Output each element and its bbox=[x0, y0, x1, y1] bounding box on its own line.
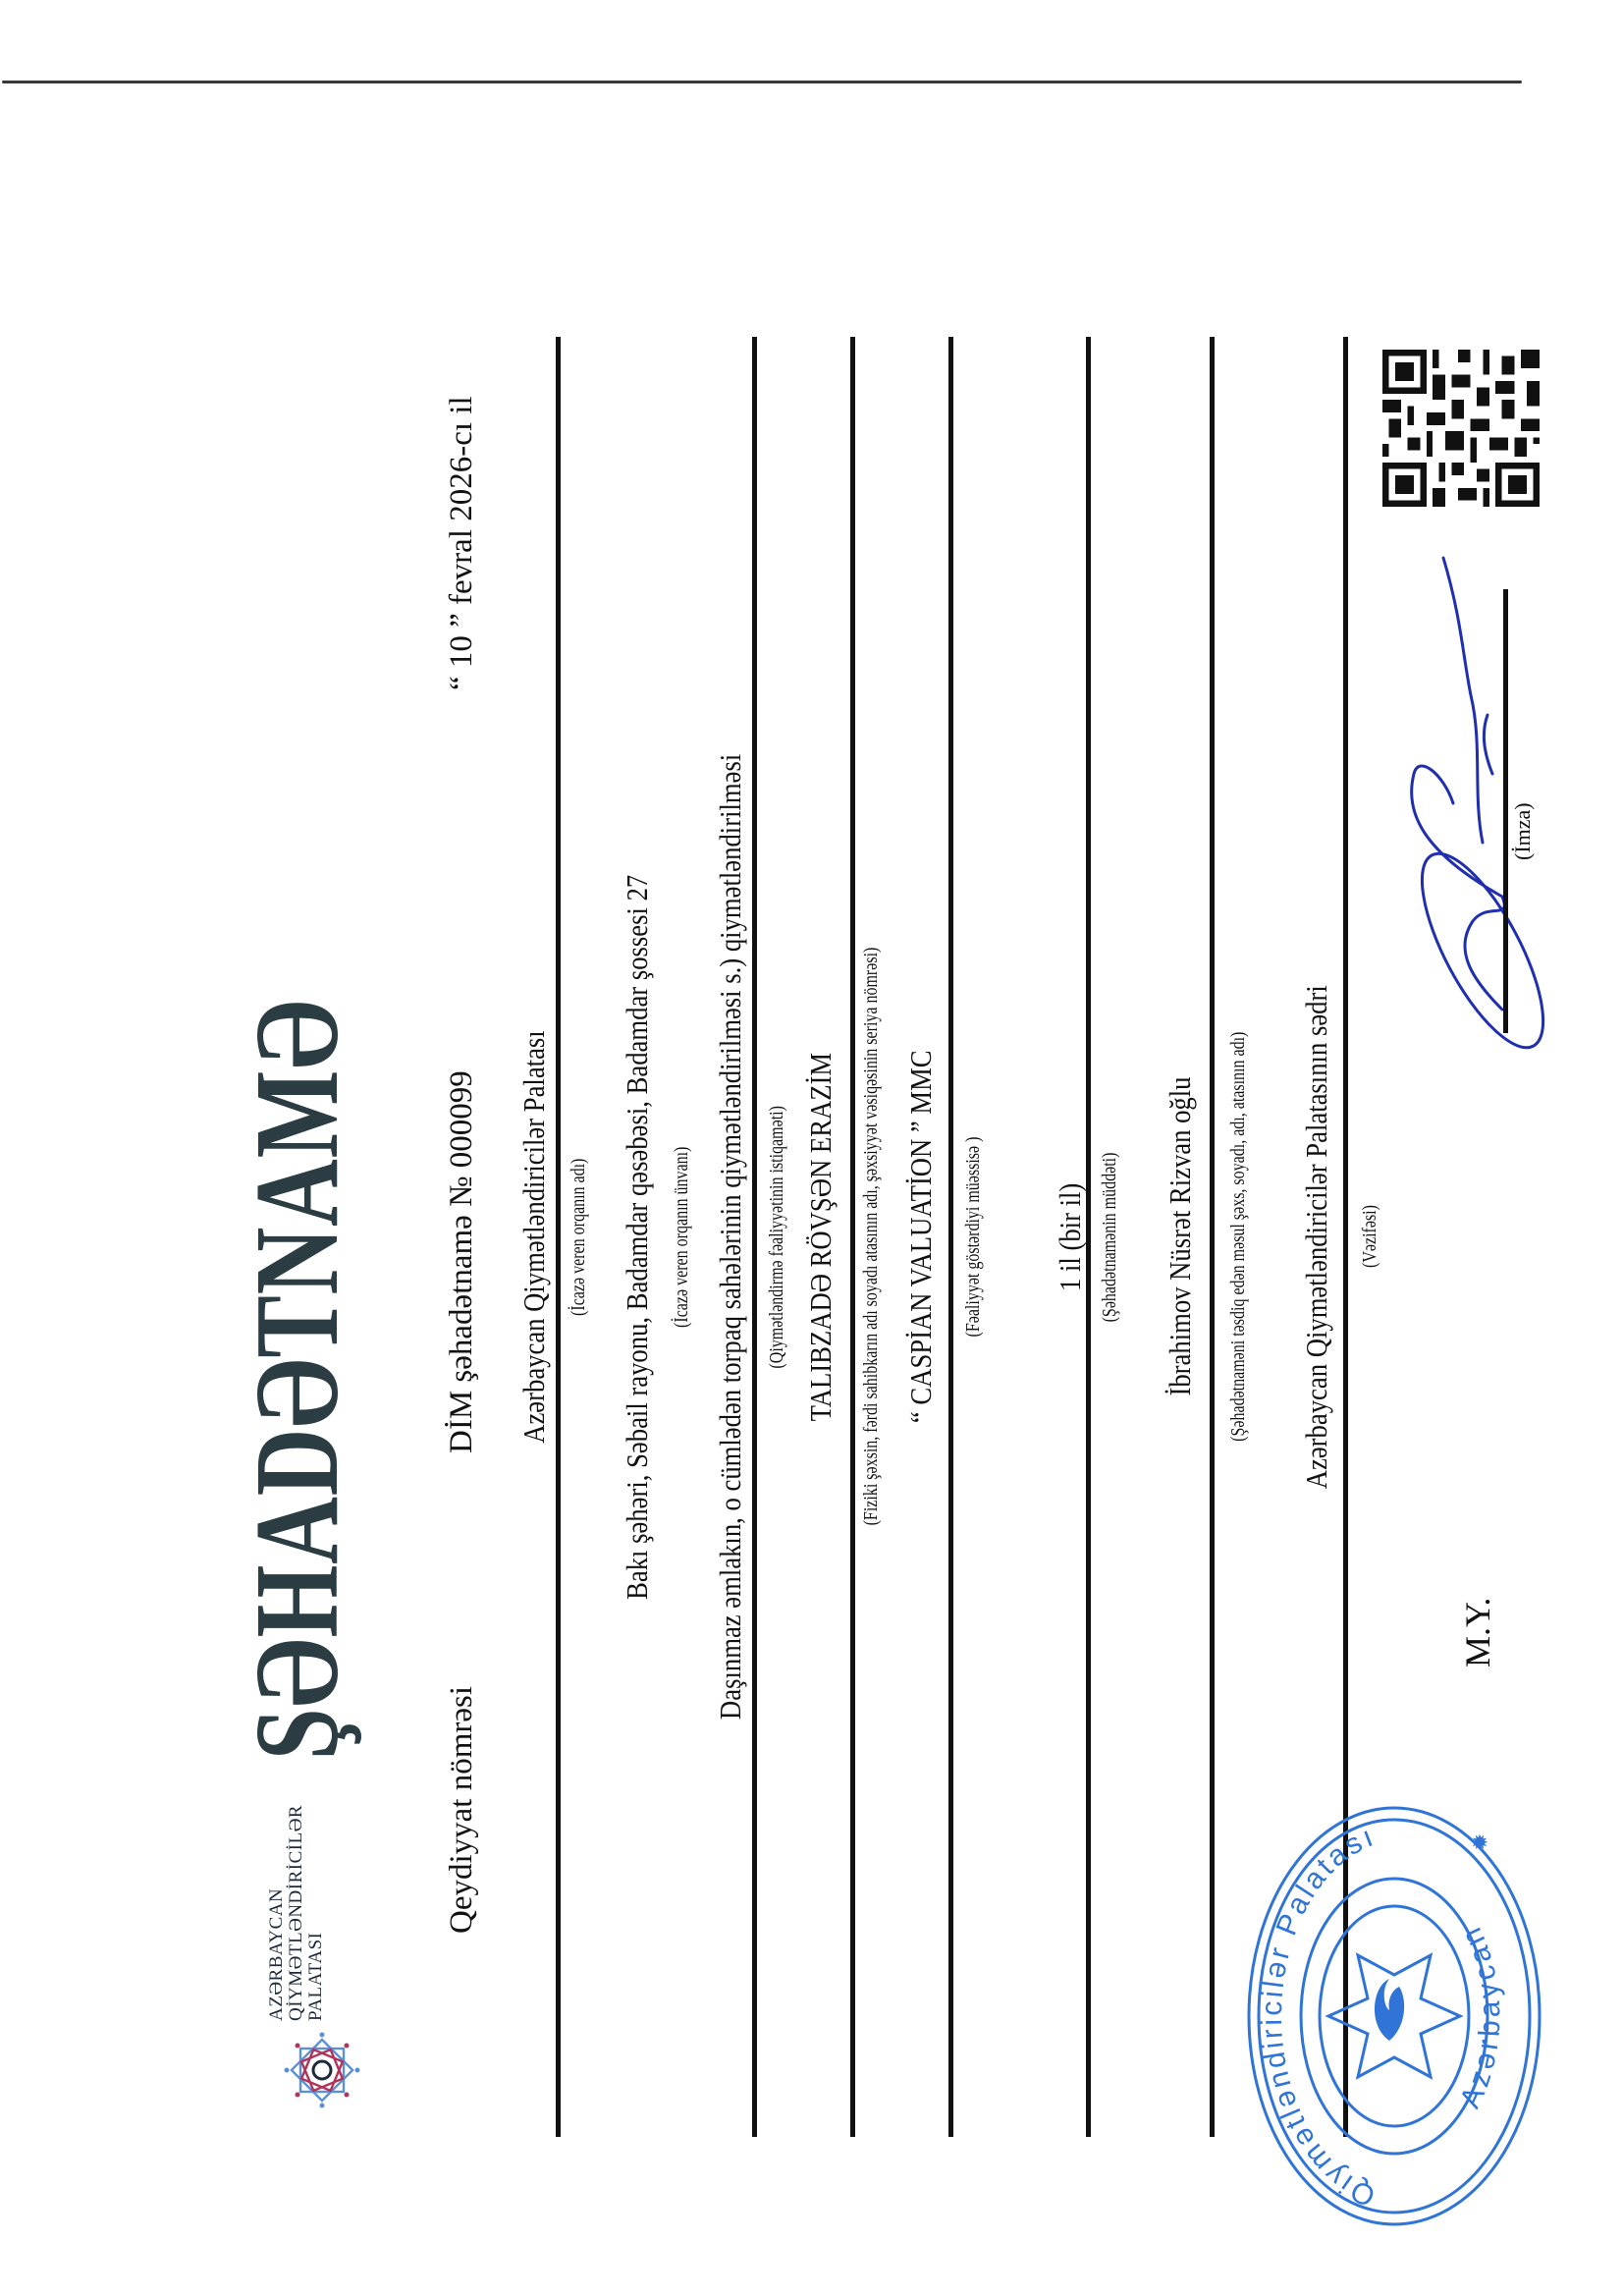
stamp-top-text: Qiymətləndiricilər Palatası bbox=[1256, 1820, 1380, 2213]
logo-line-1: AZƏRBAYCAN bbox=[267, 1805, 287, 2021]
responsible-person: İbrahimov Nüsrət Rizvan oğlu bbox=[1163, 337, 1198, 2137]
logo-text: AZƏRBAYCAN QİYMƏTLƏNDİRİCİLƏR PALATASI bbox=[267, 1805, 326, 2021]
activity-direction: Daşınmaz əmlakın, o cümlədən torpaq sahə… bbox=[713, 337, 748, 2137]
holder-name-caption: (Fiziki şəxsin, fərdi sahibkarın adı soy… bbox=[860, 337, 882, 2137]
form-line bbox=[948, 337, 953, 2137]
validity-period: 1 il (bir il) bbox=[1053, 337, 1088, 2137]
issue-date: “ 10 ” fevral 2026-cı il bbox=[444, 396, 480, 690]
issuer-address-caption: (İcazə veren orqanın ünvanı) bbox=[671, 337, 692, 2137]
issuer-name: Azərbaycan Qiymətləndiricilər Palatası bbox=[516, 337, 552, 2137]
form-line bbox=[752, 337, 757, 2137]
signature bbox=[1355, 519, 1581, 1068]
octagram-ornament-icon bbox=[281, 2029, 363, 2111]
activity-direction-caption: (Qiymətləndirmə fəaliyyətinin istiqaməti… bbox=[766, 337, 787, 2137]
logo-line-2: QİYMƏTLƏNDİRİCİLƏR bbox=[287, 1805, 306, 2021]
svg-text:Qiymətləndiricilər Palatası: Qiymətləndiricilər Palatası bbox=[1256, 1820, 1380, 2213]
signature-caption: (İmza) bbox=[1510, 802, 1536, 860]
company-name: “ CASPİAN VALUATİON ” MMC bbox=[903, 337, 939, 2137]
company-name-caption: (Fəaliyyət göstərdiyi müəssisə ) bbox=[962, 337, 984, 2137]
form-line bbox=[1086, 337, 1091, 2137]
form-line bbox=[1210, 337, 1215, 2137]
registration-number: DİM şəhadətnamə № 000099 bbox=[444, 1070, 480, 1453]
flame-icon bbox=[1375, 1979, 1404, 2041]
seal-place-label: M.Y. bbox=[1457, 1598, 1498, 1667]
document-title: ŞƏHADƏTNAMƏ bbox=[243, 932, 352, 1829]
star-icon: ✹ bbox=[1468, 1833, 1492, 1851]
form-line bbox=[850, 337, 855, 2137]
form-line bbox=[556, 337, 561, 2137]
validity-period-caption: (Şəhadətnamənin müddəti) bbox=[1099, 337, 1120, 2137]
logo-line-3: PALATASI bbox=[306, 1805, 326, 2021]
official-stamp: Qiymətləndiricilər Palatası Azərbaycan ✹ bbox=[1242, 1800, 1546, 2232]
chamber-logo: AZƏRBAYCAN QİYMƏTLƏNDİRİCİLƏR PALATASI bbox=[257, 1866, 385, 2111]
issuer-name-caption: (İcazə veren orqanın adı) bbox=[568, 337, 589, 2137]
certificate-sheet: AZƏRBAYCAN QİYMƏTLƏNDİRİCİLƏR PALATASI Ş… bbox=[0, 0, 1623, 2296]
registration-label: Qeydiyyat nömrəsi bbox=[444, 1686, 480, 1934]
issuer-address: Bakı şəhəri, Səbail rayonu, Badamdar qəs… bbox=[620, 337, 655, 2137]
qr-code-icon bbox=[1382, 350, 1540, 507]
signature-line bbox=[1503, 589, 1508, 1033]
holder-name: TALIBZADƏ RÖVŞƏN ERAZİM bbox=[803, 337, 839, 2137]
